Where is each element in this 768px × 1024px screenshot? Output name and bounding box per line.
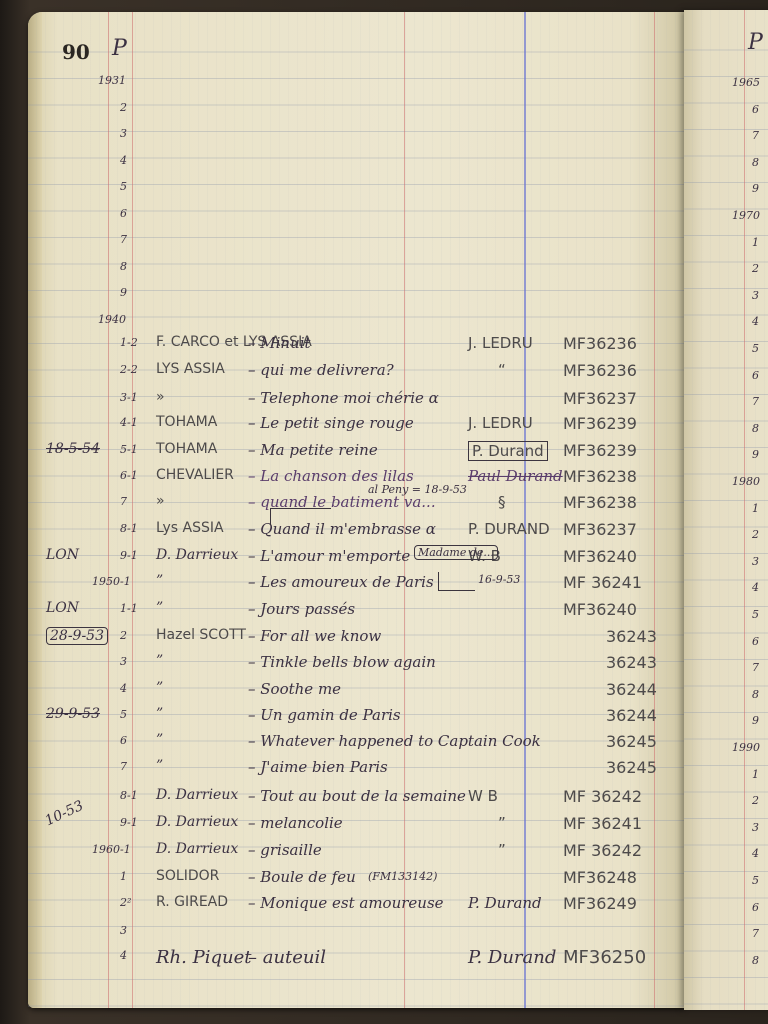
entry-artist: Hazel SCOTT	[156, 627, 246, 643]
entry-number: 1-1	[120, 602, 138, 615]
entry-number: 3-1	[120, 391, 138, 404]
entry-title: – Le petit singe rouge	[248, 414, 414, 432]
entry-catalogue-ref: MF36239	[563, 414, 637, 433]
entry-number: 5	[120, 708, 127, 721]
entry-catalogue-ref: MF36237	[563, 520, 637, 539]
year-label: 6	[752, 103, 759, 116]
year-label: 8	[752, 422, 759, 435]
entry-title: – Jours passés	[248, 600, 355, 618]
entry-artist: TOHAMA	[156, 414, 217, 430]
entry-artist: ”	[156, 732, 163, 748]
entry-catalogue-ref: MF36236	[563, 334, 637, 353]
entry-number: 4	[120, 682, 127, 695]
entry-producer: ”	[498, 841, 506, 859]
entry-number: 1-2	[120, 336, 138, 349]
margin-date: 28-9-53	[46, 627, 108, 645]
entry-catalogue-ref: MF 36242	[563, 841, 642, 860]
entry-catalogue-ref: 36243	[606, 653, 657, 672]
year-label: 2	[752, 528, 759, 541]
entry-number: 2-2	[120, 363, 138, 376]
entry-title: – Tout au bout de la semaine	[248, 787, 466, 805]
arrow-annotation	[270, 508, 331, 525]
entry-title: – Telephone moi chérie α	[248, 389, 439, 407]
entry-producer: §	[498, 493, 506, 511]
entry-annotation: Madame de...	[414, 545, 498, 560]
entry-title: – J'aime bien Paris	[248, 758, 388, 776]
ledger-page-right: P 19656789197012345678919801234567891990…	[684, 10, 768, 1010]
entry-annotation: 16-9-53	[478, 573, 520, 586]
entry-title: – Whatever happened to Captain Cook	[248, 732, 541, 750]
entry-catalogue-ref: MF36236	[563, 361, 637, 380]
entry-number: 4	[120, 949, 127, 962]
entry-title: – Boule de feu	[248, 868, 356, 886]
entry-artist: ”	[156, 758, 163, 774]
arrow-annotation	[438, 572, 475, 591]
entry-title: – qui me delivrera?	[248, 361, 394, 379]
year-label: 1931	[98, 74, 126, 87]
year-label: 1940	[98, 313, 126, 326]
entry-number: 4-1	[120, 416, 138, 429]
entry-title: – Monique est amoureuse	[248, 894, 444, 912]
year-label: 9	[752, 182, 759, 195]
entry-number: 1950-1	[92, 575, 131, 588]
entry-artist: Lys ASSIA	[156, 520, 224, 536]
year-label: 3	[752, 555, 759, 568]
year-label: 7	[752, 129, 759, 142]
page-letter: P	[112, 36, 127, 61]
entry-artist: CHEVALIER	[156, 467, 234, 483]
year-label: 2	[752, 262, 759, 275]
entry-producer: ”	[498, 814, 506, 832]
entry-title: – auteuil	[248, 947, 326, 968]
entry-title: – For all we know	[248, 627, 381, 645]
entry-artist: TOHAMA	[156, 441, 217, 457]
year-label: 5	[752, 608, 759, 621]
entry-catalogue-ref: MF36238	[563, 493, 637, 512]
entry-number: 2	[120, 629, 127, 642]
entry-title: – Minuit	[248, 334, 311, 352]
year-label: 1	[752, 768, 759, 781]
entry-artist: D. Darrieux	[156, 814, 238, 830]
entry-number: 8-1	[120, 522, 138, 535]
entry-artist: ”	[156, 680, 163, 696]
entry-number: 3	[120, 924, 127, 937]
entry-number: 7	[120, 760, 127, 773]
margin-line	[108, 12, 109, 1008]
entry-number: 5-1	[120, 443, 138, 456]
year-label: 5	[120, 180, 127, 193]
entry-number: 7	[120, 495, 127, 508]
year-label: 4	[752, 847, 759, 860]
entry-number: 9-1	[120, 816, 138, 829]
year-label: 7	[752, 395, 759, 408]
year-label: 3	[120, 127, 127, 140]
entry-artist: »	[156, 389, 165, 405]
entry-artist: SOLIDOR	[156, 868, 219, 884]
year-label: 1	[752, 236, 759, 249]
ledger-page-left: 90 P 1931234567891940 1-2F. CARCO et LYS…	[28, 12, 684, 1008]
entry-catalogue-ref: MF36250	[563, 947, 646, 968]
year-label: 7	[752, 927, 759, 940]
margin-date: 29-9-53	[46, 706, 100, 722]
column-line	[654, 12, 655, 1008]
year-label: 8	[120, 260, 127, 273]
entry-catalogue-ref: 36243	[606, 627, 657, 646]
entry-producer: P. Durand	[468, 894, 542, 912]
entry-title: – grisaille	[248, 841, 322, 859]
entry-annotation: (FM133142)	[368, 870, 437, 883]
margin-line	[744, 10, 745, 1010]
entry-catalogue-ref: MF 36242	[563, 787, 642, 806]
year-label: 1990	[732, 741, 760, 754]
margin-date: 18-5-54	[46, 441, 100, 457]
entry-number: 3	[120, 655, 127, 668]
entry-title: – Un gamin de Paris	[248, 706, 401, 724]
entry-catalogue-ref: MF 36241	[563, 814, 642, 833]
entry-artist: R. GIREAD	[156, 894, 228, 910]
year-label: 3	[752, 289, 759, 302]
entry-catalogue-ref: 36245	[606, 732, 657, 751]
column-line-blue	[524, 12, 526, 1008]
entry-producer: P. Durand	[468, 947, 556, 968]
entry-artist: Rh. Piquet	[156, 947, 251, 968]
entry-number: 1960-1	[92, 843, 131, 856]
year-label: 7	[120, 233, 127, 246]
entry-catalogue-ref: MF36239	[563, 441, 637, 460]
year-label: 9	[752, 448, 759, 461]
entry-catalogue-ref: MF36248	[563, 868, 637, 887]
entry-catalogue-ref: MF36240	[563, 600, 637, 619]
year-label: 1965	[732, 76, 760, 89]
year-label: 3	[752, 821, 759, 834]
margin-date: LON	[46, 600, 79, 616]
entry-title: – melancolie	[248, 814, 343, 832]
year-label: 2	[752, 794, 759, 807]
year-label: 4	[752, 315, 759, 328]
entry-title: – Tinkle bells blow again	[248, 653, 436, 671]
entry-number: 2²	[120, 896, 131, 909]
entry-catalogue-ref: MF36240	[563, 547, 637, 566]
year-label: 1	[752, 502, 759, 515]
entry-catalogue-ref: 36244	[606, 680, 657, 699]
entry-producer: Paul Durand	[468, 467, 563, 485]
year-label: 9	[120, 286, 127, 299]
entry-catalogue-ref: MF36238	[563, 467, 637, 486]
entry-producer: P. Durand	[468, 441, 548, 461]
year-label: 9	[752, 714, 759, 727]
year-label: 6	[120, 207, 127, 220]
year-label: 4	[120, 154, 127, 167]
entry-catalogue-ref: 36245	[606, 758, 657, 777]
entry-number: 6	[120, 734, 127, 747]
entry-title: – Ma petite reine	[248, 441, 378, 459]
year-label: 5	[752, 874, 759, 887]
year-label: 8	[752, 688, 759, 701]
entry-artist: D. Darrieux	[156, 787, 238, 803]
entry-producer: “	[498, 361, 506, 379]
page-letter: P	[748, 30, 763, 55]
entry-title: – Les amoureux de Paris	[248, 573, 434, 591]
entry-artist: ”	[156, 653, 163, 669]
year-label: 1980	[732, 475, 760, 488]
year-label: 6	[752, 369, 759, 382]
entry-artist: ”	[156, 600, 163, 616]
year-label: 1970	[732, 209, 760, 222]
year-label: 6	[752, 901, 759, 914]
page-number: 90	[62, 40, 90, 64]
year-label: 4	[752, 581, 759, 594]
entry-number: 9-1	[120, 549, 138, 562]
entry-artist: »	[156, 493, 165, 509]
entry-catalogue-ref: MF36249	[563, 894, 637, 913]
entry-catalogue-ref: 36244	[606, 706, 657, 725]
year-label: 5	[752, 342, 759, 355]
entry-producer: W B	[468, 787, 498, 805]
entry-title: – L'amour m'emporte	[248, 547, 410, 565]
entry-producer: P. DURAND	[468, 520, 550, 538]
entry-catalogue-ref: MF36237	[563, 389, 637, 408]
entry-producer: J. LEDRU	[468, 334, 533, 352]
entry-artist: D. Darrieux	[156, 547, 238, 563]
year-label: 6	[752, 635, 759, 648]
year-label: 2	[120, 101, 127, 114]
year-label: 8	[752, 156, 759, 169]
entry-artist: ”	[156, 706, 163, 722]
margin-date: LON	[46, 547, 79, 563]
entry-artist: ”	[156, 573, 163, 589]
entry-annotation: al Peny = 18-9-53	[368, 483, 467, 496]
entry-catalogue-ref: MF 36241	[563, 573, 642, 592]
entry-number: 1	[120, 870, 127, 883]
entry-artist: LYS ASSIA	[156, 361, 225, 377]
entry-number: 8-1	[120, 789, 138, 802]
year-label: 7	[752, 661, 759, 674]
year-label: 8	[752, 954, 759, 967]
entry-title: – Soothe me	[248, 680, 341, 698]
margin-line	[132, 12, 133, 1008]
entry-number: 6-1	[120, 469, 138, 482]
entry-artist: D. Darrieux	[156, 841, 238, 857]
entry-producer: J. LEDRU	[468, 414, 533, 432]
